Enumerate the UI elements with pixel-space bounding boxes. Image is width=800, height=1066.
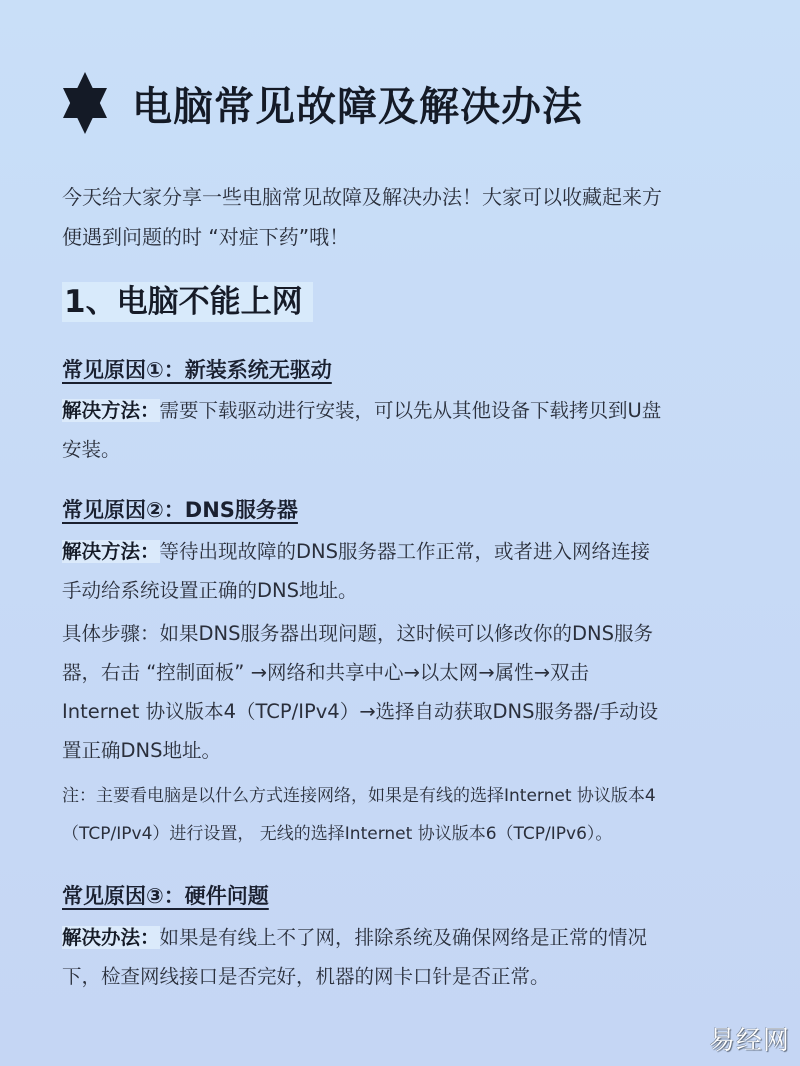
six-pointed-star-icon [60, 72, 110, 134]
cause-2-solution: 解决方法：等待出现故障的DNS服务器工作正常，或者进入网络连接 手动给系统设置正… [62, 532, 782, 610]
intro-paragraph: 今天给大家分享一些电脑常见故障及解决办法！大家可以收藏起来方 便遇到问题的时 “… [62, 177, 782, 257]
cause-3-title: 常见原因③：硬件问题 [62, 880, 269, 910]
note-line: 注：主要看电脑是以什么方式连接网络，如果是有线的选择Internet 协议版本4 [62, 777, 782, 815]
cause-2-note: 注：主要看电脑是以什么方式连接网络，如果是有线的选择Internet 协议版本4… [62, 777, 782, 853]
steps-line: 置正确DNS地址。 [62, 731, 782, 770]
cause-3-solution: 解决办法：如果是有线上不了网，排除系统及确保网络是正常的情况 下，检查网线接口是… [62, 918, 782, 996]
solution-text: 手动给系统设置正确的DNS地址。 [62, 571, 782, 610]
solution-text: 下，检查网线接口是否完好，机器的网卡口针是否正常。 [62, 957, 782, 996]
solution-label: 解决方法： [62, 399, 160, 422]
intro-line: 便遇到问题的时 “对症下药”哦！ [62, 217, 782, 257]
solution-text: 安装。 [62, 430, 782, 469]
cause-2-steps: 具体步骤：如果DNS服务器出现问题，这时候可以修改你的DNS服务 器，右击 “控… [62, 614, 782, 770]
solution-text: 如果是有线上不了网，排除系统及确保网络是正常的情况 [160, 926, 648, 949]
solution-text: 等待出现故障的DNS服务器工作正常，或者进入网络连接 [160, 540, 650, 563]
section-heading: 1、电脑不能上网 [62, 282, 313, 322]
article-page: 电脑常见故障及解决办法 今天给大家分享一些电脑常见故障及解决办法！大家可以收藏起… [0, 0, 800, 1066]
solution-text: 需要下载驱动进行安装，可以先从其他设备下载拷贝到U盘 [160, 399, 662, 422]
cause-2-title: 常见原因②：DNS服务器 [62, 494, 298, 524]
cause-1-title: 常见原因①：新装系统无驱动 [62, 354, 332, 384]
solution-label: 解决办法： [62, 926, 160, 949]
steps-line: 具体步骤：如果DNS服务器出现问题，这时候可以修改你的DNS服务 [62, 614, 782, 653]
intro-line: 今天给大家分享一些电脑常见故障及解决办法！大家可以收藏起来方 [62, 177, 782, 217]
cause-1-solution: 解决方法：需要下载驱动进行安装，可以先从其他设备下载拷贝到U盘 安装。 [62, 391, 782, 469]
solution-label: 解决方法： [62, 540, 160, 563]
steps-line: Internet 协议版本4（TCP/IPv4）→选择自动获取DNS服务器/手动… [62, 692, 782, 731]
watermark: 易经网 [709, 1020, 790, 1057]
note-line: （TCP/IPv4）进行设置， 无线的选择Internet 协议版本6（TCP/… [62, 815, 782, 853]
title-row: 电脑常见故障及解决办法 [60, 72, 583, 134]
page-title: 电脑常见故障及解决办法 [132, 75, 583, 132]
steps-line: 器，右击 “控制面板” →网络和共享中心→以太网→属性→双击 [62, 653, 782, 692]
